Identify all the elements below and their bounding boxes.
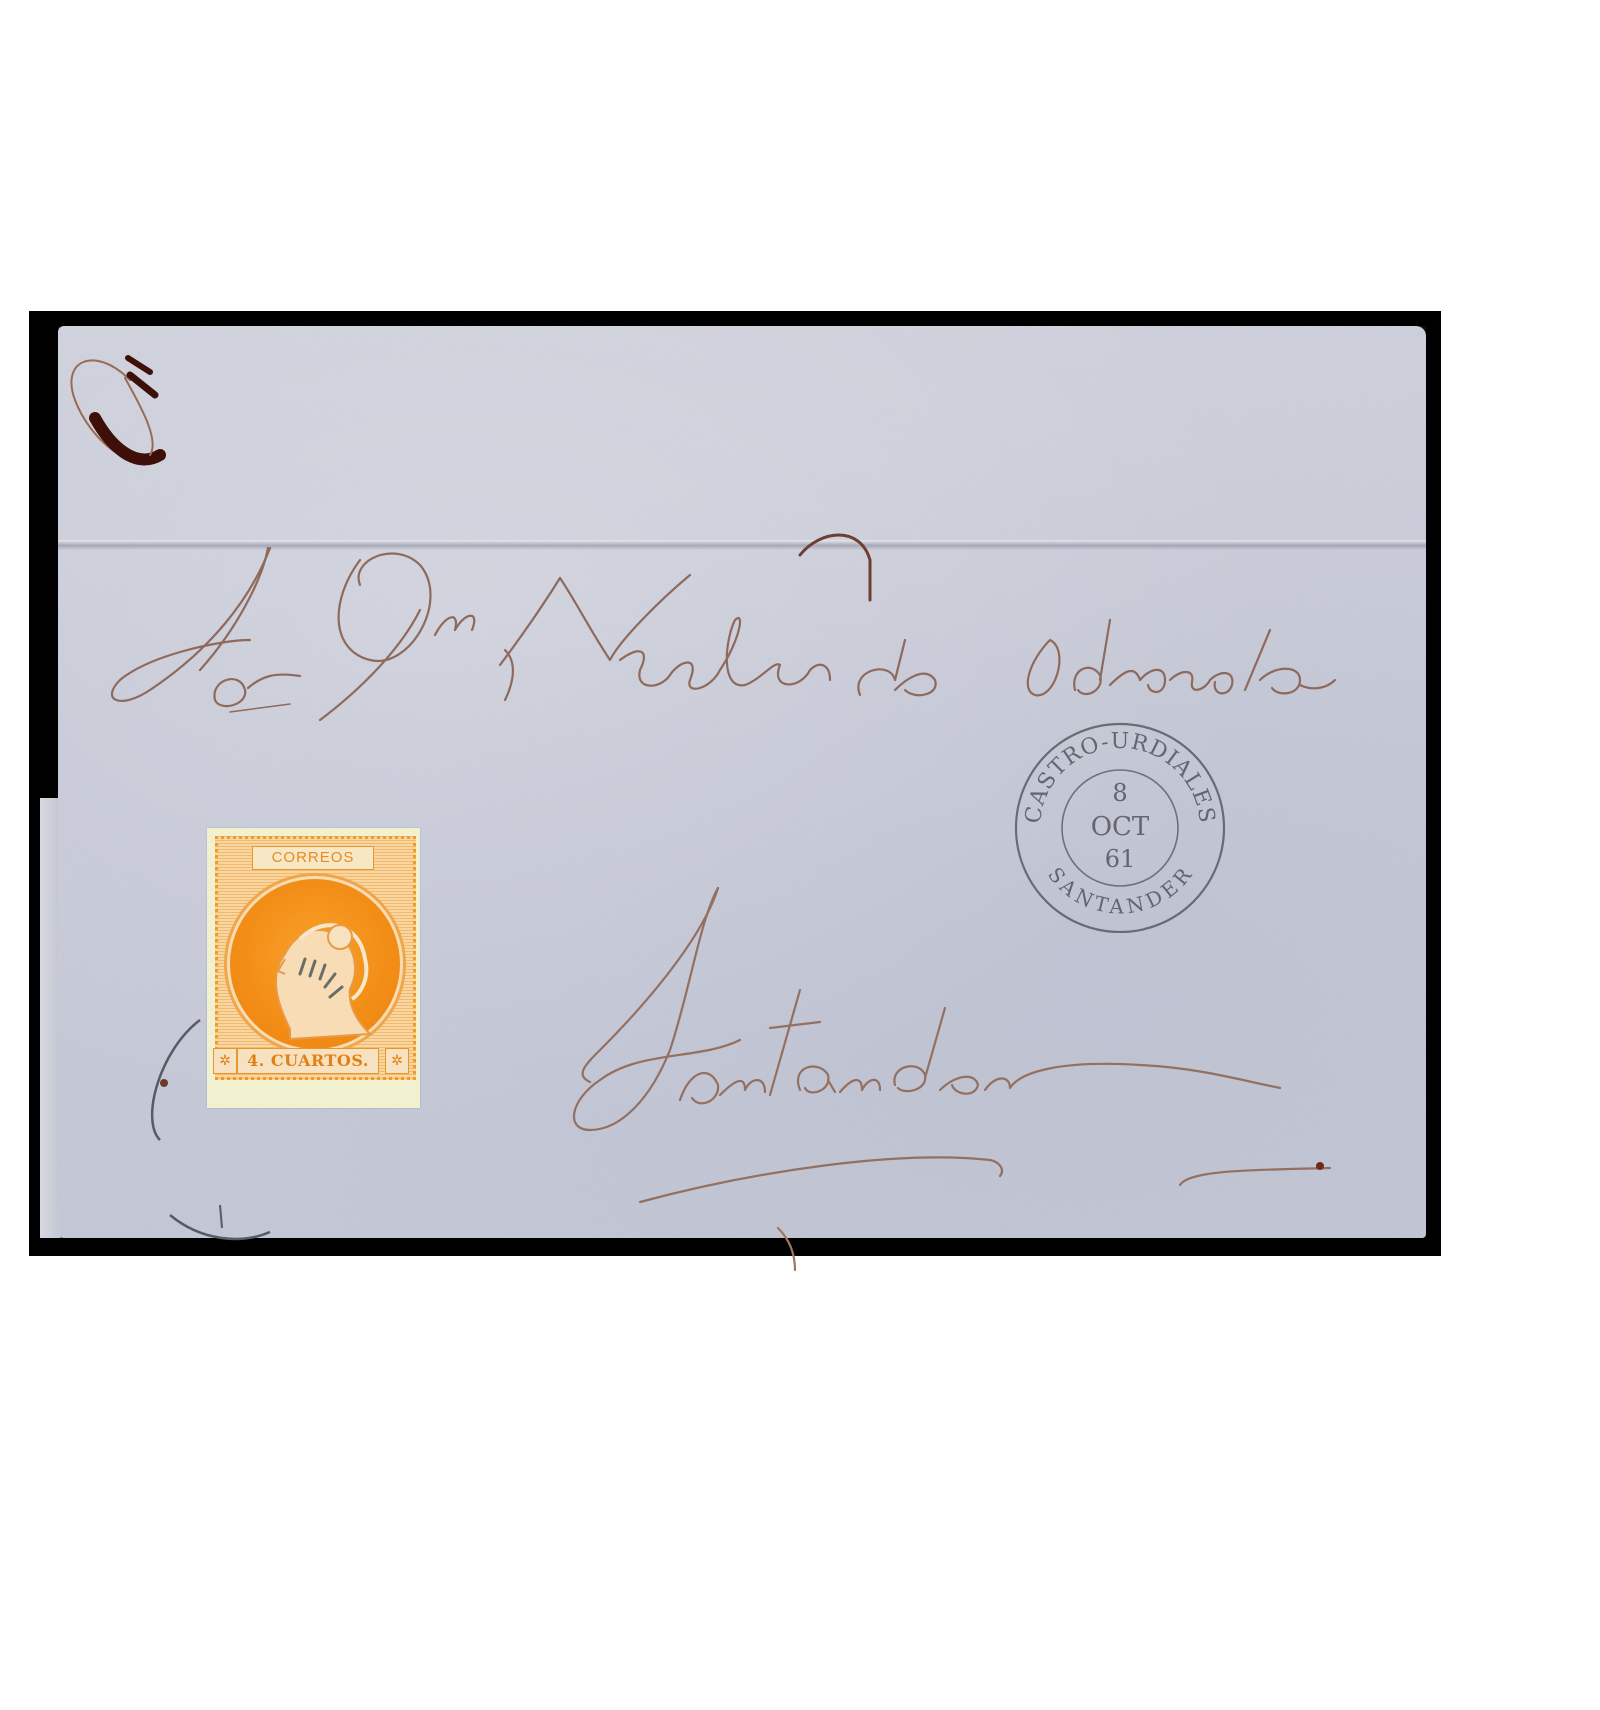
postage-stamp: CORREOS ✲ 4. CUARTOS. ✲ (207, 828, 420, 1108)
stamp-corner-ornament-right: ✲ (385, 1048, 409, 1074)
circular-date-postmark: CASTRO-URDIALES SANTANDER 8 OCT 61 (1010, 713, 1230, 933)
svg-text:CASTRO-URDIALES: CASTRO-URDIALES (1021, 729, 1219, 825)
postmark-town: CASTRO-URDIALES (1021, 729, 1219, 825)
queen-portrait-icon (230, 879, 400, 1049)
fold-crease (58, 540, 1426, 550)
stamp-corner-ornament-left: ✲ (213, 1048, 237, 1074)
stamp-value-label: 4. CUARTOS. (237, 1048, 379, 1074)
postmark-year: 61 (1105, 845, 1136, 873)
postmark-month: OCT (1091, 812, 1150, 842)
stamp-top-label: CORREOS (252, 846, 374, 870)
postmark-day: 8 (1112, 779, 1127, 807)
stamp-portrait-medallion (227, 876, 403, 1052)
